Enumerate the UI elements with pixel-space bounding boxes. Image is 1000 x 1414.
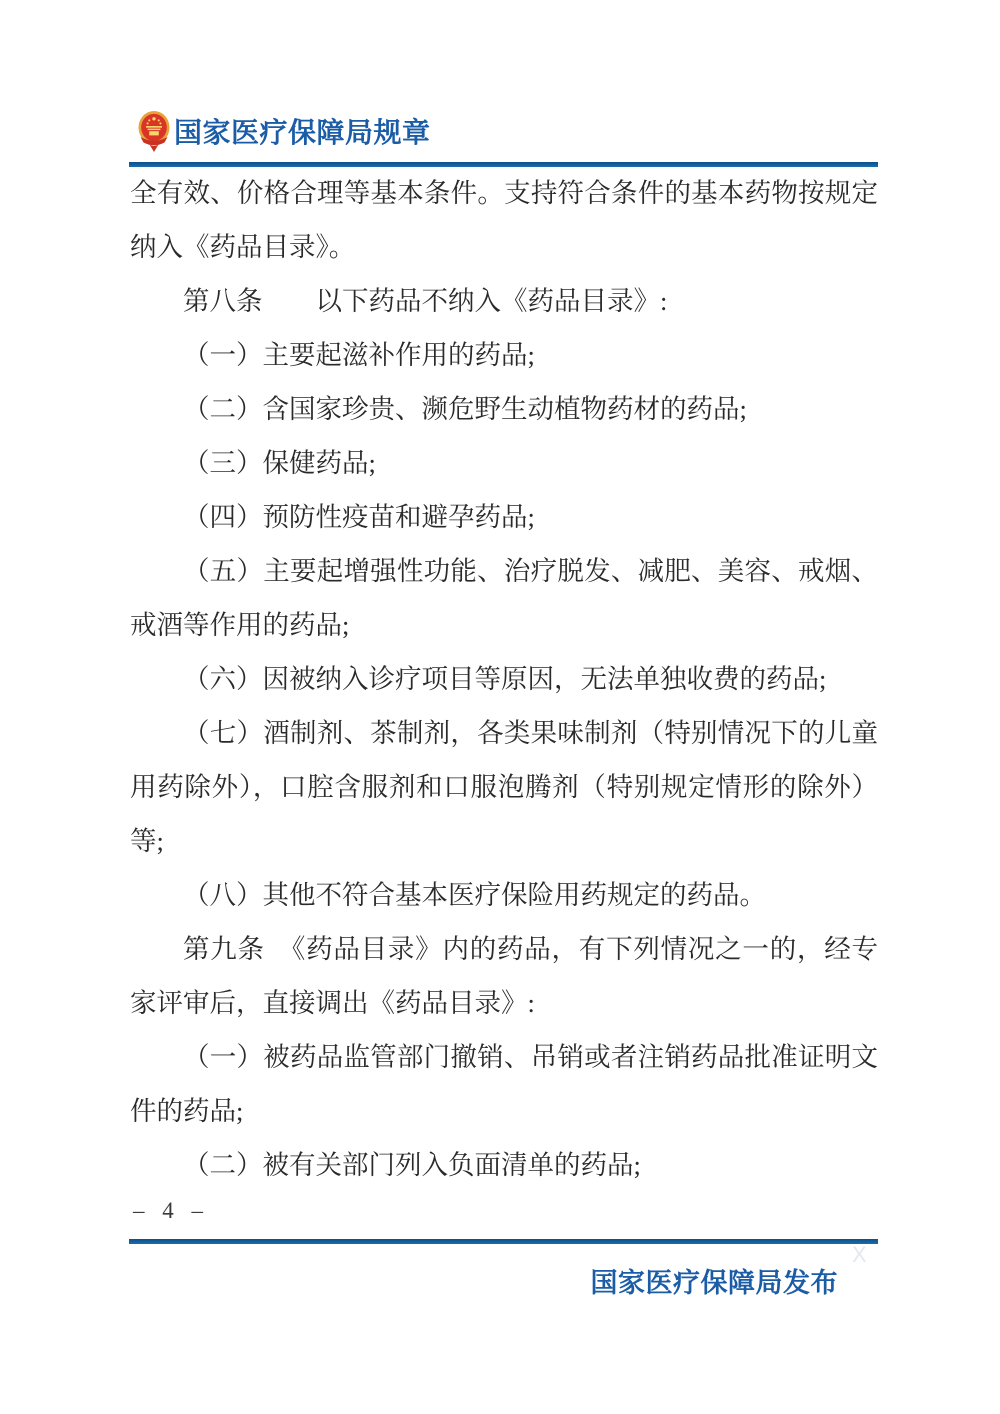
- header-title: 国家医疗保障局规章: [174, 111, 431, 151]
- body-paragraph: （八）其他不符合基本医疗保险用药规定的药品。: [130, 868, 878, 922]
- page-number: – 4 –: [133, 1198, 209, 1224]
- body-paragraph: （三）保健药品;: [130, 436, 878, 490]
- footer-rule: [129, 1239, 878, 1244]
- body-paragraph: （七）酒制剂、茶制剂，各类果味制剂（特别情况下的儿童用药除外），口腔含服剂和口服…: [130, 706, 878, 868]
- body-paragraph: 第九条 《药品目录》内的药品，有下列情况之一的，经专家评审后，直接调出《药品目录…: [130, 922, 878, 1030]
- document-page: 国家医疗保障局规章 全有效、价格合理等基本条件。支持符合条件的基本药物按规定纳入…: [0, 0, 1000, 1414]
- body-paragraph: 全有效、价格合理等基本条件。支持符合条件的基本药物按规定纳入《药品目录》。: [130, 166, 878, 274]
- body-paragraph: （五）主要起增强性功能、治疗脱发、减肥、美容、戒烟、戒酒等作用的药品;: [130, 544, 878, 652]
- body-paragraph: （二）含国家珍贵、濒危野生动植物药材的药品;: [130, 382, 878, 436]
- body-paragraph: （一）主要起滋补作用的药品;: [130, 328, 878, 382]
- watermark-x: X: [852, 1242, 867, 1268]
- document-body: 全有效、价格合理等基本条件。支持符合条件的基本药物按规定纳入《药品目录》。第八条…: [130, 166, 878, 1192]
- body-paragraph: （一）被药品监管部门撤销、吊销或者注销药品批准证明文件的药品;: [130, 1030, 878, 1138]
- document-header: 国家医疗保障局规章: [130, 108, 431, 154]
- body-paragraph: （四）预防性疫苗和避孕药品;: [130, 490, 878, 544]
- national-emblem-icon: [137, 110, 171, 152]
- body-paragraph: 第八条 以下药品不纳入《药品目录》:: [130, 274, 878, 328]
- publisher-label: 国家医疗保障局发布: [591, 1261, 839, 1300]
- body-paragraph: （六）因被纳入诊疗项目等原因，无法单独收费的药品;: [130, 652, 878, 706]
- body-paragraph: （二）被有关部门列入负面清单的药品;: [130, 1138, 878, 1192]
